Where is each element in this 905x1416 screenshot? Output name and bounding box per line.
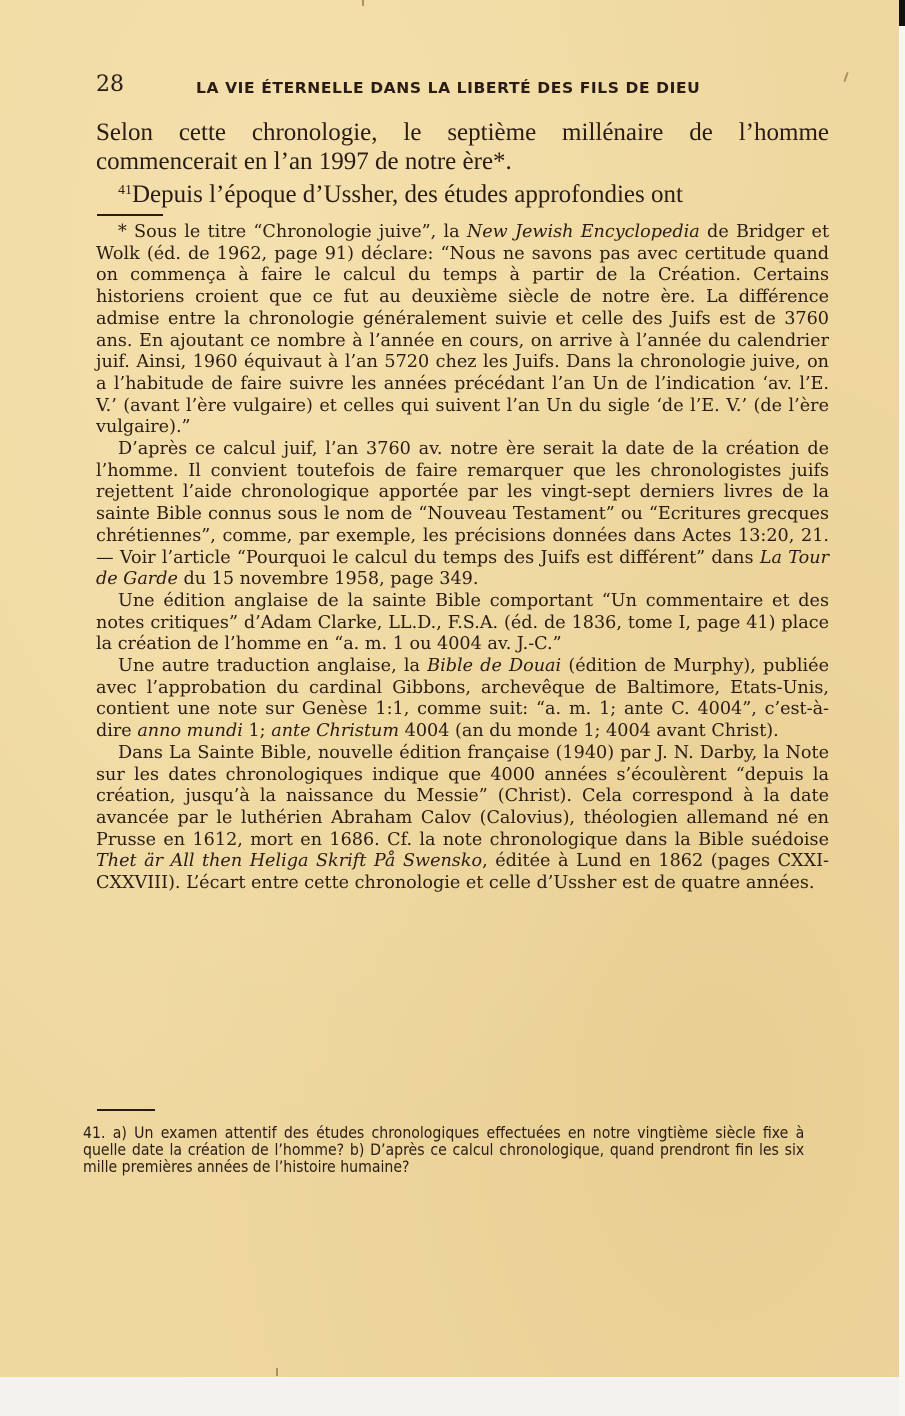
questions-separator [97,1109,155,1111]
paper-speck [276,1368,278,1376]
book-title: New Jewish Encyclopedia [467,222,700,242]
scanned-page: 28 LA VIE ÉTERNELLE DANS LA LIBERTÉ DES … [0,0,899,1377]
paper-speck [843,72,848,82]
paper-speck [362,0,364,6]
footnote-marker: * [118,222,127,242]
footnote-text: Sous le titre “Chronologie juive”, la [134,222,467,242]
footnote: * Sous le titre “Chronologie juive”, la … [96,222,829,895]
footnote-text: de Bridger et Wolk (éd. de 1962, page 91… [96,222,829,437]
paragraph-continuation: Selon cette chronologie, le septième mil… [96,118,829,176]
paragraph-number: 41 [118,183,132,198]
page-edge [899,0,905,1416]
page-number: 28 [96,72,124,97]
scan-edge-shadow [899,0,905,26]
footnote-separator [97,214,163,216]
study-questions: 41. a) Un examen attentif des études chr… [83,1124,804,1175]
footnote-text: 1; [243,721,271,741]
main-text: Selon cette chronologie, le septième mil… [96,118,829,209]
footnote-paragraph-1: * Sous le titre “Chronologie juive”, la … [96,222,829,439]
footnote-text: D’après ce calcul juif, l’an 3760 av. no… [96,439,829,568]
footnote-paragraph-2: D’après ce calcul juif, l’an 3760 av. no… [96,439,829,591]
footnote-paragraph-3: Une édition anglaise de la sainte Bible … [96,591,829,656]
footnote-paragraph-5: Dans La Sainte Bible, nouvelle édition f… [96,743,829,895]
latin-term: ante Christum [271,721,399,741]
book-title: Thet är All then Heliga Skrift På Swensk… [96,851,482,871]
footnote-text: du 15 novembre 1958, page 349. [178,569,479,589]
running-title: LA VIE ÉTERNELLE DANS LA LIBERTÉ DES FIL… [196,79,700,97]
question-41: 41. a) Un examen attentif des études chr… [83,1124,804,1175]
paragraph-41: 41Depuis l’époque d’Ussher, des études a… [96,176,829,209]
footnote-paragraph-4: Une autre traduction anglaise, la Bible … [96,656,829,743]
footnote-text: Une autre traduction anglaise, la [118,656,427,676]
book-title: Bible de Douai [427,656,561,676]
footnote-text: 4004 (an du monde 1; 4004 avant Christ). [399,721,779,741]
latin-term: anno mundi [137,721,243,741]
paragraph-41-text: Depuis l’époque d’Ussher, des études app… [132,181,683,208]
page-header: 28 LA VIE ÉTERNELLE DANS LA LIBERTÉ DES … [96,72,826,102]
footnote-text: Dans La Sainte Bible, nouvelle édition f… [96,743,829,850]
